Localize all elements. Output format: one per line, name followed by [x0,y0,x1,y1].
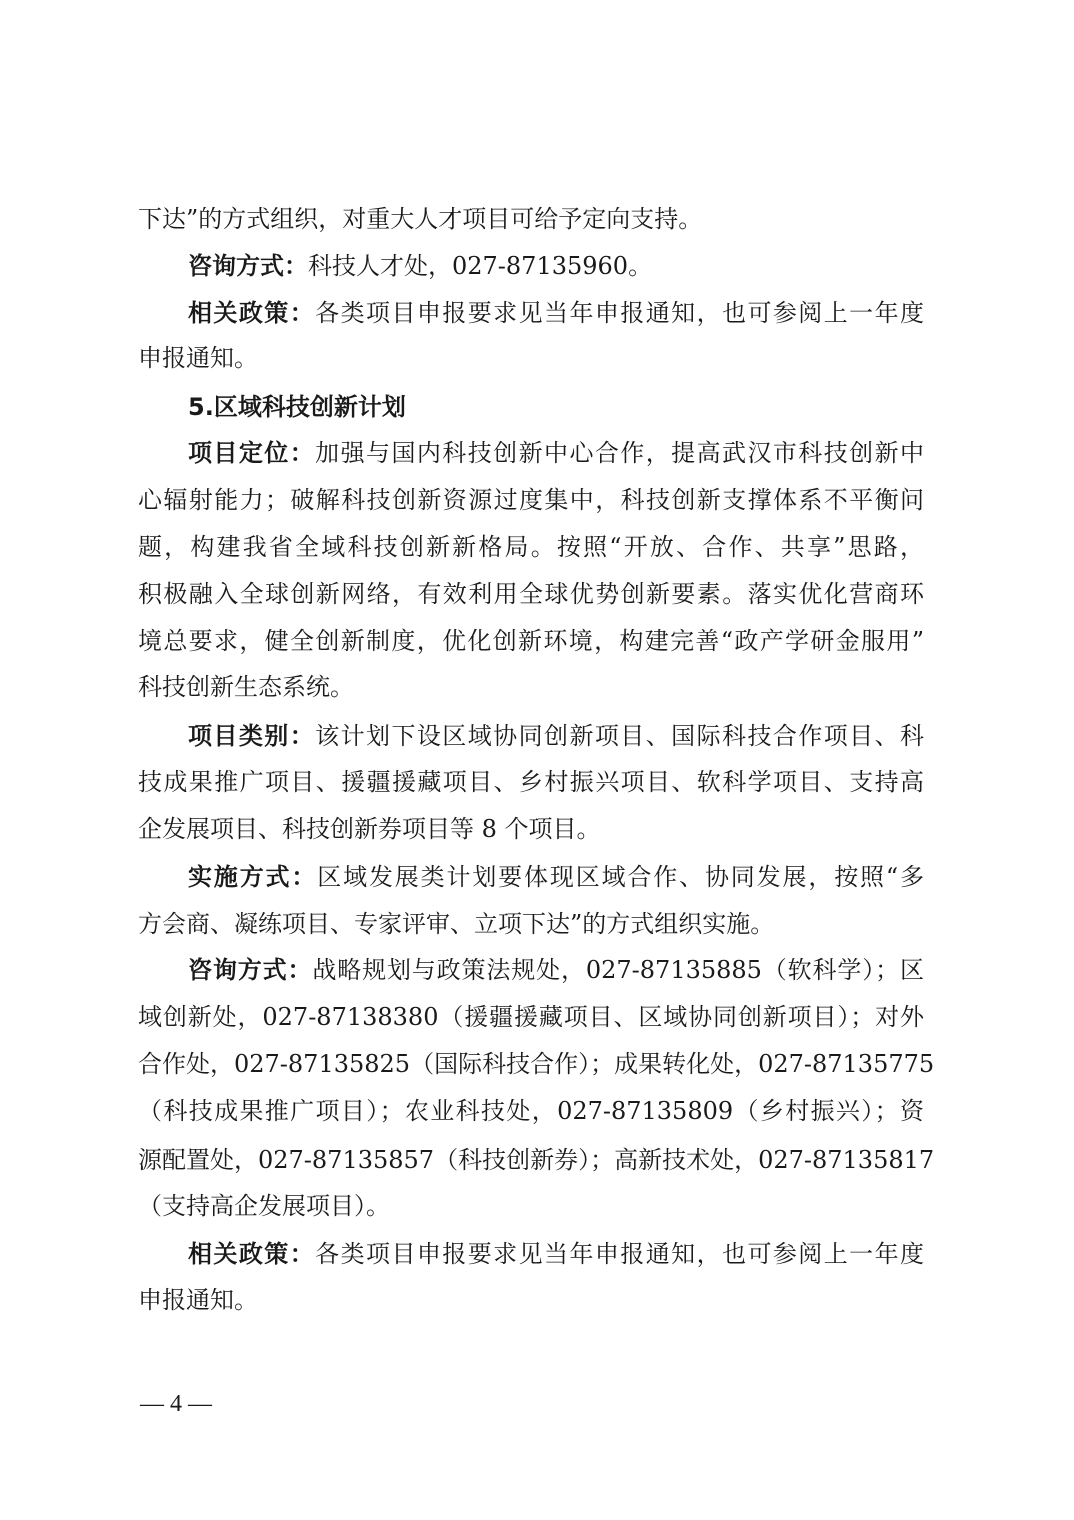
paragraph-line: 项目类别：该计划下设区域协同创新项目、国际科技合作项目、科 [188,721,924,751]
body-text: 域创新处，027-87138380（援疆援藏项目、区域协同创新项目）；对外 [138,1003,924,1031]
body-text: （支持高企发展项目）。 [138,1192,390,1220]
paragraph-line: 咨询方式：战略规划与政策法规处，027-87135885（软科学）；区 [188,955,924,985]
field-label: 咨询方式： [188,956,312,984]
body-text: 企发展项目、科技创新券项目等 8 个项目。 [138,815,601,843]
body-text: 合作处，027-87135825（国际科技合作）；成果转化处，027-87135… [138,1050,934,1078]
body-text: 各类项目申报要求见当年申报通知，也可参阅上一年度 [315,1240,924,1268]
paragraph-line: 方会商、凝练项目、专家评审、立项下达”的方式组织实施。 [138,909,924,939]
paragraph-line: （支持高企发展项目）。 [138,1191,924,1221]
paragraph-line: 科技创新生态系统。 [138,672,924,702]
paragraph-line: 域创新处，027-87138380（援疆援藏项目、区域协同创新项目）；对外 [138,1002,924,1032]
body-text: 申报通知。 [138,1286,258,1314]
paragraph-line: 申报通知。 [138,1285,924,1315]
body-text: 心辐射能力；破解科技创新资源过度集中，科技创新支撑体系不平衡问 [138,486,924,514]
heading-text: 5.区域科技创新计划 [188,393,406,421]
body-text: 境总要求，健全创新制度，优化创新环境，构建完善“政产学研金服用” [138,627,924,655]
body-text: 源配置处，027-87135857（科技创新券）；高新技术处，027-87135… [138,1146,934,1174]
body-text: 各类项目申报要求见当年申报通知，也可参阅上一年度 [315,299,924,327]
body-text: 科技创新生态系统。 [138,673,354,701]
paragraph-line: 合作处，027-87135825（国际科技合作）；成果转化处，027-87135… [138,1049,924,1079]
paragraph-line: 源配置处，027-87135857（科技创新券）；高新技术处，027-87135… [138,1145,924,1175]
paragraph-line: 心辐射能力；破解科技创新资源过度集中，科技创新支撑体系不平衡问 [138,485,924,515]
paragraph-line: 积极融入全球创新网络，有效利用全球优势创新要素。落实优化营商环 [138,579,924,609]
field-label: 项目定位： [188,439,315,467]
field-label: 相关政策： [188,1240,315,1268]
body-text: （科技成果推广项目）；农业科技处，027-87135809（乡村振兴）；资 [138,1097,924,1125]
page-number: — 4 — [140,1389,212,1419]
field-label: 项目类别： [188,722,315,750]
body-text: 方会商、凝练项目、专家评审、立项下达”的方式组织实施。 [138,910,774,938]
paragraph-line: （科技成果推广项目）；农业科技处，027-87135809（乡村振兴）；资 [138,1096,924,1126]
body-text: 该计划下设区域协同创新项目、国际科技合作项目、科 [315,722,924,750]
body-text: 积极融入全球创新网络，有效利用全球优势创新要素。落实优化营商环 [138,580,924,608]
body-text: 加强与国内科技创新中心合作，提高武汉市科技创新中 [315,439,924,467]
paragraph-line: 企发展项目、科技创新券项目等 8 个项目。 [138,814,924,844]
body-text: 区域发展类计划要体现区域合作、协同发展，按照“多 [317,863,924,891]
paragraph-line: 相关政策：各类项目申报要求见当年申报通知，也可参阅上一年度 [188,1239,924,1269]
field-label: 咨询方式： [188,252,308,280]
section-heading: 5.区域科技创新计划 [188,392,924,422]
paragraph-line: 相关政策：各类项目申报要求见当年申报通知，也可参阅上一年度 [188,298,924,328]
paragraph-line: 题，构建我省全域科技创新新格局。按照“开放、合作、共享”思路， [138,532,924,562]
body-text: 战略规划与政策法规处，027-87135885（软科学）；区 [312,956,924,984]
body-text: 下达”的方式组织，对重大人才项目可给予定向支持。 [138,205,702,233]
paragraph-line: 申报通知。 [138,343,924,373]
body-text: 科技人才处，027-87135960。 [308,252,652,280]
paragraph-line: 项目定位：加强与国内科技创新中心合作，提高武汉市科技创新中 [188,438,924,468]
paragraph-line: 咨询方式：科技人才处，027-87135960。 [188,251,924,281]
paragraph-line: 境总要求，健全创新制度，优化创新环境，构建完善“政产学研金服用” [138,626,924,656]
field-label: 相关政策： [188,299,315,327]
paragraph-line: 下达”的方式组织，对重大人才项目可给予定向支持。 [138,204,924,234]
body-text: 技成果推广项目、援疆援藏项目、乡村振兴项目、软科学项目、支持高 [138,768,924,796]
field-label: 实施方式： [188,863,317,891]
body-text: 申报通知。 [138,344,258,372]
paragraph-line: 技成果推广项目、援疆援藏项目、乡村振兴项目、软科学项目、支持高 [138,767,924,797]
paragraph-line: 实施方式：区域发展类计划要体现区域合作、协同发展，按照“多 [188,862,924,892]
body-text: 题，构建我省全域科技创新新格局。按照“开放、合作、共享”思路， [138,533,924,561]
